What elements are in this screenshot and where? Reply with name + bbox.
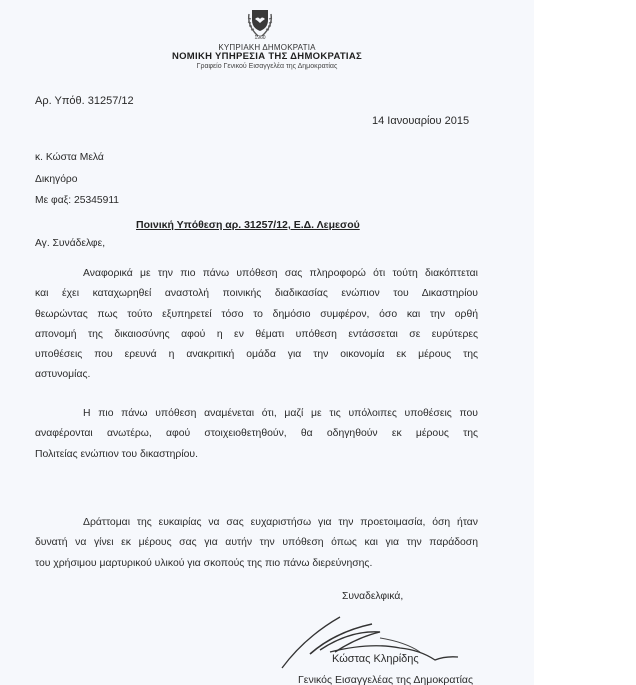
- recipient-fax: Με φαξ: 25345911: [35, 195, 119, 206]
- scanned-letter-page: 1960 ΚΥΠΡΙΑΚΗ ΔΗΜΟΚΡΑΤΙΑ ΝΟΜΙΚΗ ΥΠΗΡΕΣΙΑ…: [0, 0, 534, 685]
- letterhead-office: Γραφείο Γενικού Εισαγγελέα της Δημοκρατί…: [0, 63, 534, 70]
- paragraph-line: Αναφορικά με την πιο πάνω υπόθεση σας πλ…: [35, 264, 478, 284]
- paragraph-line: του χρήσιμου μαρτυρικού υλικού για σκοπο…: [35, 554, 478, 574]
- paragraph-3: Δράττομαι της ευκαιρίας να σας ευχαριστή…: [35, 513, 478, 574]
- salutation: Αγ. Συνάδελφε,: [35, 238, 105, 249]
- paragraph-line: Η πιο πάνω υπόθεση αναμένεται ότι, μαζί …: [35, 404, 478, 424]
- paragraph-line: απονομή της δικαιοσύνης αφού η εν θέματι…: [35, 325, 478, 345]
- case-reference: Αρ. Υπόθ. 31257/12: [35, 95, 134, 107]
- paragraph-line: υποθέσεις που ερευνά η ανακριτική ομάδα …: [35, 345, 478, 365]
- paragraph-line: αστυνομίας.: [35, 365, 478, 385]
- closing: Συναδελφικά,: [342, 591, 403, 602]
- letter-subject: Ποινική Υπόθεση αρ. 31257/12, Ε.Δ. Λεμεσ…: [136, 219, 360, 231]
- recipient-name: κ. Κώστα Μελά: [35, 152, 104, 163]
- paragraph-line: αναφέρονται ανωτέρω, αφού στοιχειοθετηθο…: [35, 424, 478, 444]
- letterhead-legal-service: ΝΟΜΙΚΗ ΥΠΗΡΕΣΙΑ ΤΗΣ ΔΗΜΟΚΡΑΤΙΑΣ: [0, 51, 534, 62]
- signatory-name: Κώστας Κληρίδης: [332, 653, 419, 665]
- paragraph-line: Δράττομαι της ευκαιρίας να σας ευχαριστή…: [35, 513, 478, 533]
- paragraph-1: Αναφορικά με την πιο πάνω υπόθεση σας πλ…: [35, 264, 478, 386]
- paragraph-line: και έχει καταχωρηθεί αναστολή ποινικής δ…: [35, 284, 478, 304]
- letter-date: 14 Ιανουαρίου 2015: [372, 115, 469, 127]
- svg-text:1960: 1960: [254, 35, 265, 40]
- cyprus-coat-of-arms-icon: 1960: [243, 6, 277, 40]
- signatory-title: Γενικός Εισαγγελέας της Δημοκρατίας: [298, 674, 473, 685]
- paragraph-line: θεωρώντας πως τούτο εξυπηρετεί τόσο το δ…: [35, 305, 478, 325]
- recipient-title: Δικηγόρο: [35, 174, 78, 185]
- paragraph-line: δυνατή να γίνει εκ μέρους σας για αυτήν …: [35, 533, 478, 553]
- paragraph-2: Η πιο πάνω υπόθεση αναμένεται ότι, μαζί …: [35, 404, 478, 465]
- paragraph-line: Πολιτείας ενώπιον του δικαστηρίου.: [35, 445, 478, 465]
